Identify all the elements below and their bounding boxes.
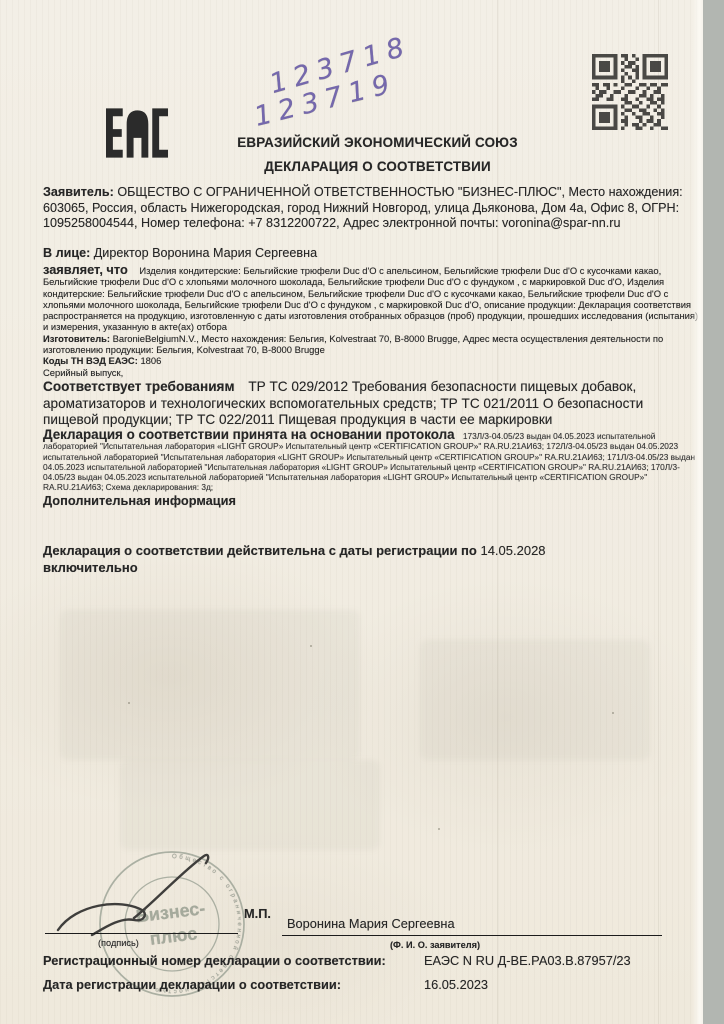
validity-text: Декларация о соответствии действительна … (43, 543, 477, 558)
name-caption: (Ф. И. О. заявителя) (390, 940, 480, 950)
eac-logo-icon (106, 106, 168, 160)
scanned-declaration-page: 123718 123719 ЕВРАЗИЙСКИЙ ЭКОНОМИЧЕСКИЙ … (0, 0, 724, 1024)
validity-suffix: включительно (43, 560, 138, 575)
validity-date: 14.05.2028 (480, 543, 545, 558)
registration-number-label: Регистрационный номер декларации о соотв… (43, 953, 386, 968)
serial-row: Серийный выпуск, (43, 367, 703, 378)
applicant-name: Воронина Мария Сергеевна (287, 916, 455, 931)
qr-code (592, 54, 668, 130)
protocol-basis-section: Декларация о соответствии принята на осн… (43, 430, 705, 493)
scan-fold-line (658, 0, 659, 1024)
tnved-value: 1806 (140, 355, 161, 366)
applicant-text: ОБЩЕСТВО С ОГРАНИЧЕННОЙ ОТВЕТСТВЕННОСТЬЮ… (43, 185, 683, 230)
scan-speck (128, 702, 130, 704)
manufacturer-paragraph: Изготовитель: BaronieBelgiumN.V., Место … (43, 333, 703, 356)
manufacturer-label: Изготовитель: (43, 333, 110, 344)
declaration-products-section: заявляет, что Изделия кондитерские: Бель… (43, 264, 703, 378)
document-title: ДЕКЛАРАЦИЯ О СООТВЕТСТВИИ (50, 159, 705, 174)
manufacturer-text: BaronieBelgiumN.V., Место нахождения: Бе… (43, 333, 663, 355)
scan-fold-line (497, 0, 498, 1024)
tnved-label: Коды ТН ВЭД ЕАЭС: (43, 355, 138, 366)
in-person-label: В лице: (43, 246, 90, 260)
signature-caption: (подпись) (98, 938, 139, 948)
paper-sheet: 123718 123719 ЕВРАЗИЙСКИЙ ЭКОНОМИЧЕСКИЙ … (0, 0, 703, 1024)
registration-date-label: Дата регистрации декларации о соответств… (43, 977, 341, 992)
scan-bleedthrough (60, 610, 360, 760)
scan-bleedthrough (120, 760, 380, 850)
tnved-row: Коды ТН ВЭД ЕАЭС: 1806 (43, 355, 703, 366)
basis-label: Декларация о соответствии принята на осн… (43, 427, 455, 442)
in-person-section: В лице: Директор Воронина Мария Сергеевн… (43, 246, 695, 262)
registration-number-value: ЕАЭС N RU Д-BE.РА03.В.87957/23 (424, 953, 631, 968)
signature-line (45, 933, 238, 934)
union-title: ЕВРАЗИЙСКИЙ ЭКОНОМИЧЕСКИЙ СОЮЗ (50, 135, 705, 150)
applicant-label: Заявитель: (43, 185, 114, 199)
scan-speck (438, 828, 440, 830)
products-paragraph: заявляет, что Изделия кондитерские: Бель… (43, 264, 703, 333)
compliance-label: Соответствует требованиям (43, 379, 235, 394)
applicant-section: Заявитель: ОБЩЕСТВО С ОГРАНИЧЕННОЙ ОТВЕТ… (43, 185, 695, 232)
registration-date-value: 16.05.2023 (424, 977, 488, 992)
in-person-text: Директор Воронина Мария Сергеевна (94, 246, 317, 260)
scan-speck (310, 645, 312, 647)
signature (50, 852, 262, 964)
name-line (282, 935, 662, 936)
validity-section: Декларация о соответствии действительна … (43, 543, 643, 576)
declares-label: заявляет, что (43, 262, 128, 277)
scan-speck (612, 712, 614, 714)
products-text: Изделия кондитерские: Бельгийские трюфел… (43, 265, 698, 332)
additional-info-label: Дополнительная информация (43, 493, 236, 508)
handwritten-numbers: 123718 123719 (267, 31, 423, 129)
scan-bleedthrough (420, 640, 650, 760)
mp-label: М.П. (244, 906, 271, 921)
compliance-section: Соответствует требованиям ТР ТС 029/2012… (43, 379, 700, 429)
